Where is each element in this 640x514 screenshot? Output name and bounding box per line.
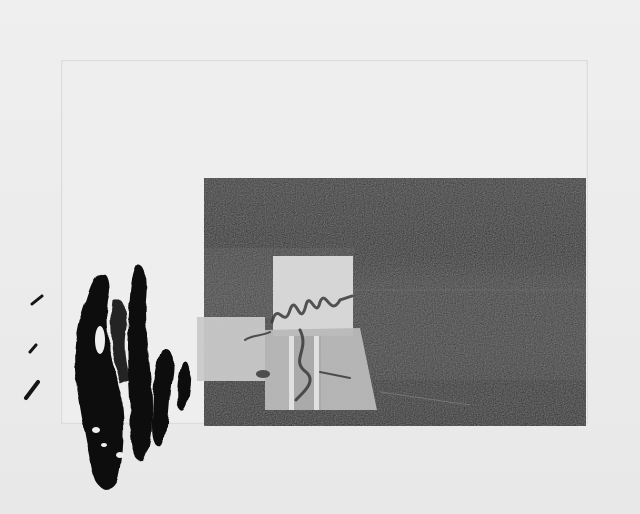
brush-strokes	[75, 265, 191, 489]
trapezoid-panel	[265, 328, 377, 410]
artwork-canvas	[0, 0, 640, 514]
light-left-panel	[197, 317, 265, 381]
light-square-panel	[273, 256, 353, 336]
dark-rectangle	[204, 178, 586, 426]
small-dash-marks	[26, 296, 42, 398]
